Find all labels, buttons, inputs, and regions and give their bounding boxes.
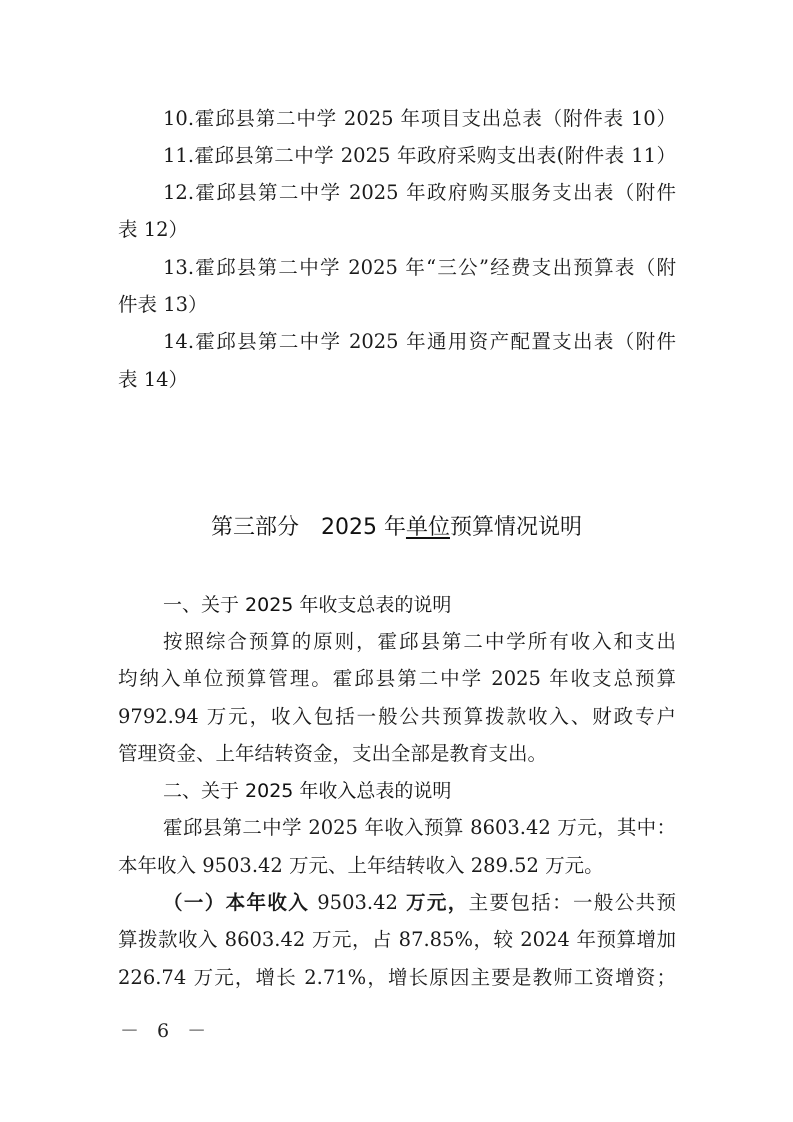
subsection-1-lead: （一）本年收入	[163, 891, 317, 914]
attachment-item-14-cont: 表 14）	[118, 368, 676, 392]
part-heading-prefix: 第三部分 2025 年	[211, 515, 406, 540]
subsection-1-unit: 万元，	[398, 891, 469, 914]
section-2-line-2: 本年收入 9503.42 万元、上年结转收入 289.52 万元。	[118, 854, 676, 878]
section-1-line-2: 均纳入单位预算管理。霍邱县第二中学 2025 年收支总预算	[118, 667, 676, 691]
attachment-item-12: 12.霍邱县第二中学 2025 年政府购买服务支出表（附件	[163, 181, 676, 205]
part-heading-suffix: 预算情况说明	[450, 515, 582, 540]
section-2-title: 二、关于 2025 年收入总表的说明	[163, 779, 451, 803]
document-page: 10.霍邱县第二中学 2025 年项目支出总表（附件表 10） 11.霍邱县第二…	[0, 0, 793, 1122]
attachment-item-13-cont: 件表 13）	[118, 293, 676, 317]
subsection-1-rest: 主要包括：一般公共预	[469, 891, 676, 914]
section-2-line-1: 霍邱县第二中学 2025 年收入预算 8603.42 万元，其中：	[163, 816, 676, 840]
section-1-line-3: 9792.94 万元，收入包括一般公共预算拨款收入、财政专户	[118, 705, 676, 729]
section-1-line-1: 按照综合预算的原则，霍邱县第二中学所有收入和支出	[163, 630, 676, 654]
section-1-title: 一、关于 2025 年收支总表的说明	[163, 593, 451, 617]
subsection-1-line-2: 算拨款收入 8603.42 万元，占 87.85%，较 2024 年预算增加	[118, 928, 676, 952]
part-heading-underlined: 单位	[406, 515, 450, 540]
subsection-1-amount: 9503.42	[317, 891, 398, 914]
section-1-line-4: 管理资金、上年结转资金，支出全部是教育支出。	[118, 742, 676, 766]
attachment-item-10: 10.霍邱县第二中学 2025 年项目支出总表（附件表 10）	[163, 107, 676, 131]
part-heading: 第三部分 2025 年单位预算情况说明	[0, 514, 793, 542]
attachment-item-12-cont: 表 12）	[118, 218, 676, 242]
page-number: － 6 －	[120, 1016, 212, 1043]
subsection-1-line-3: 226.74 万元，增长 2.71%，增长原因主要是教师工资增资；	[118, 966, 676, 990]
subsection-1-line-1: （一）本年收入 9503.42 万元，主要包括：一般公共预	[163, 891, 676, 915]
attachment-item-14: 14.霍邱县第二中学 2025 年通用资产配置支出表（附件	[163, 330, 676, 354]
attachment-item-11: 11.霍邱县第二中学 2025 年政府采购支出表(附件表 11）	[163, 144, 676, 168]
attachment-item-13: 13.霍邱县第二中学 2025 年“三公”经费支出预算表（附	[163, 256, 676, 280]
